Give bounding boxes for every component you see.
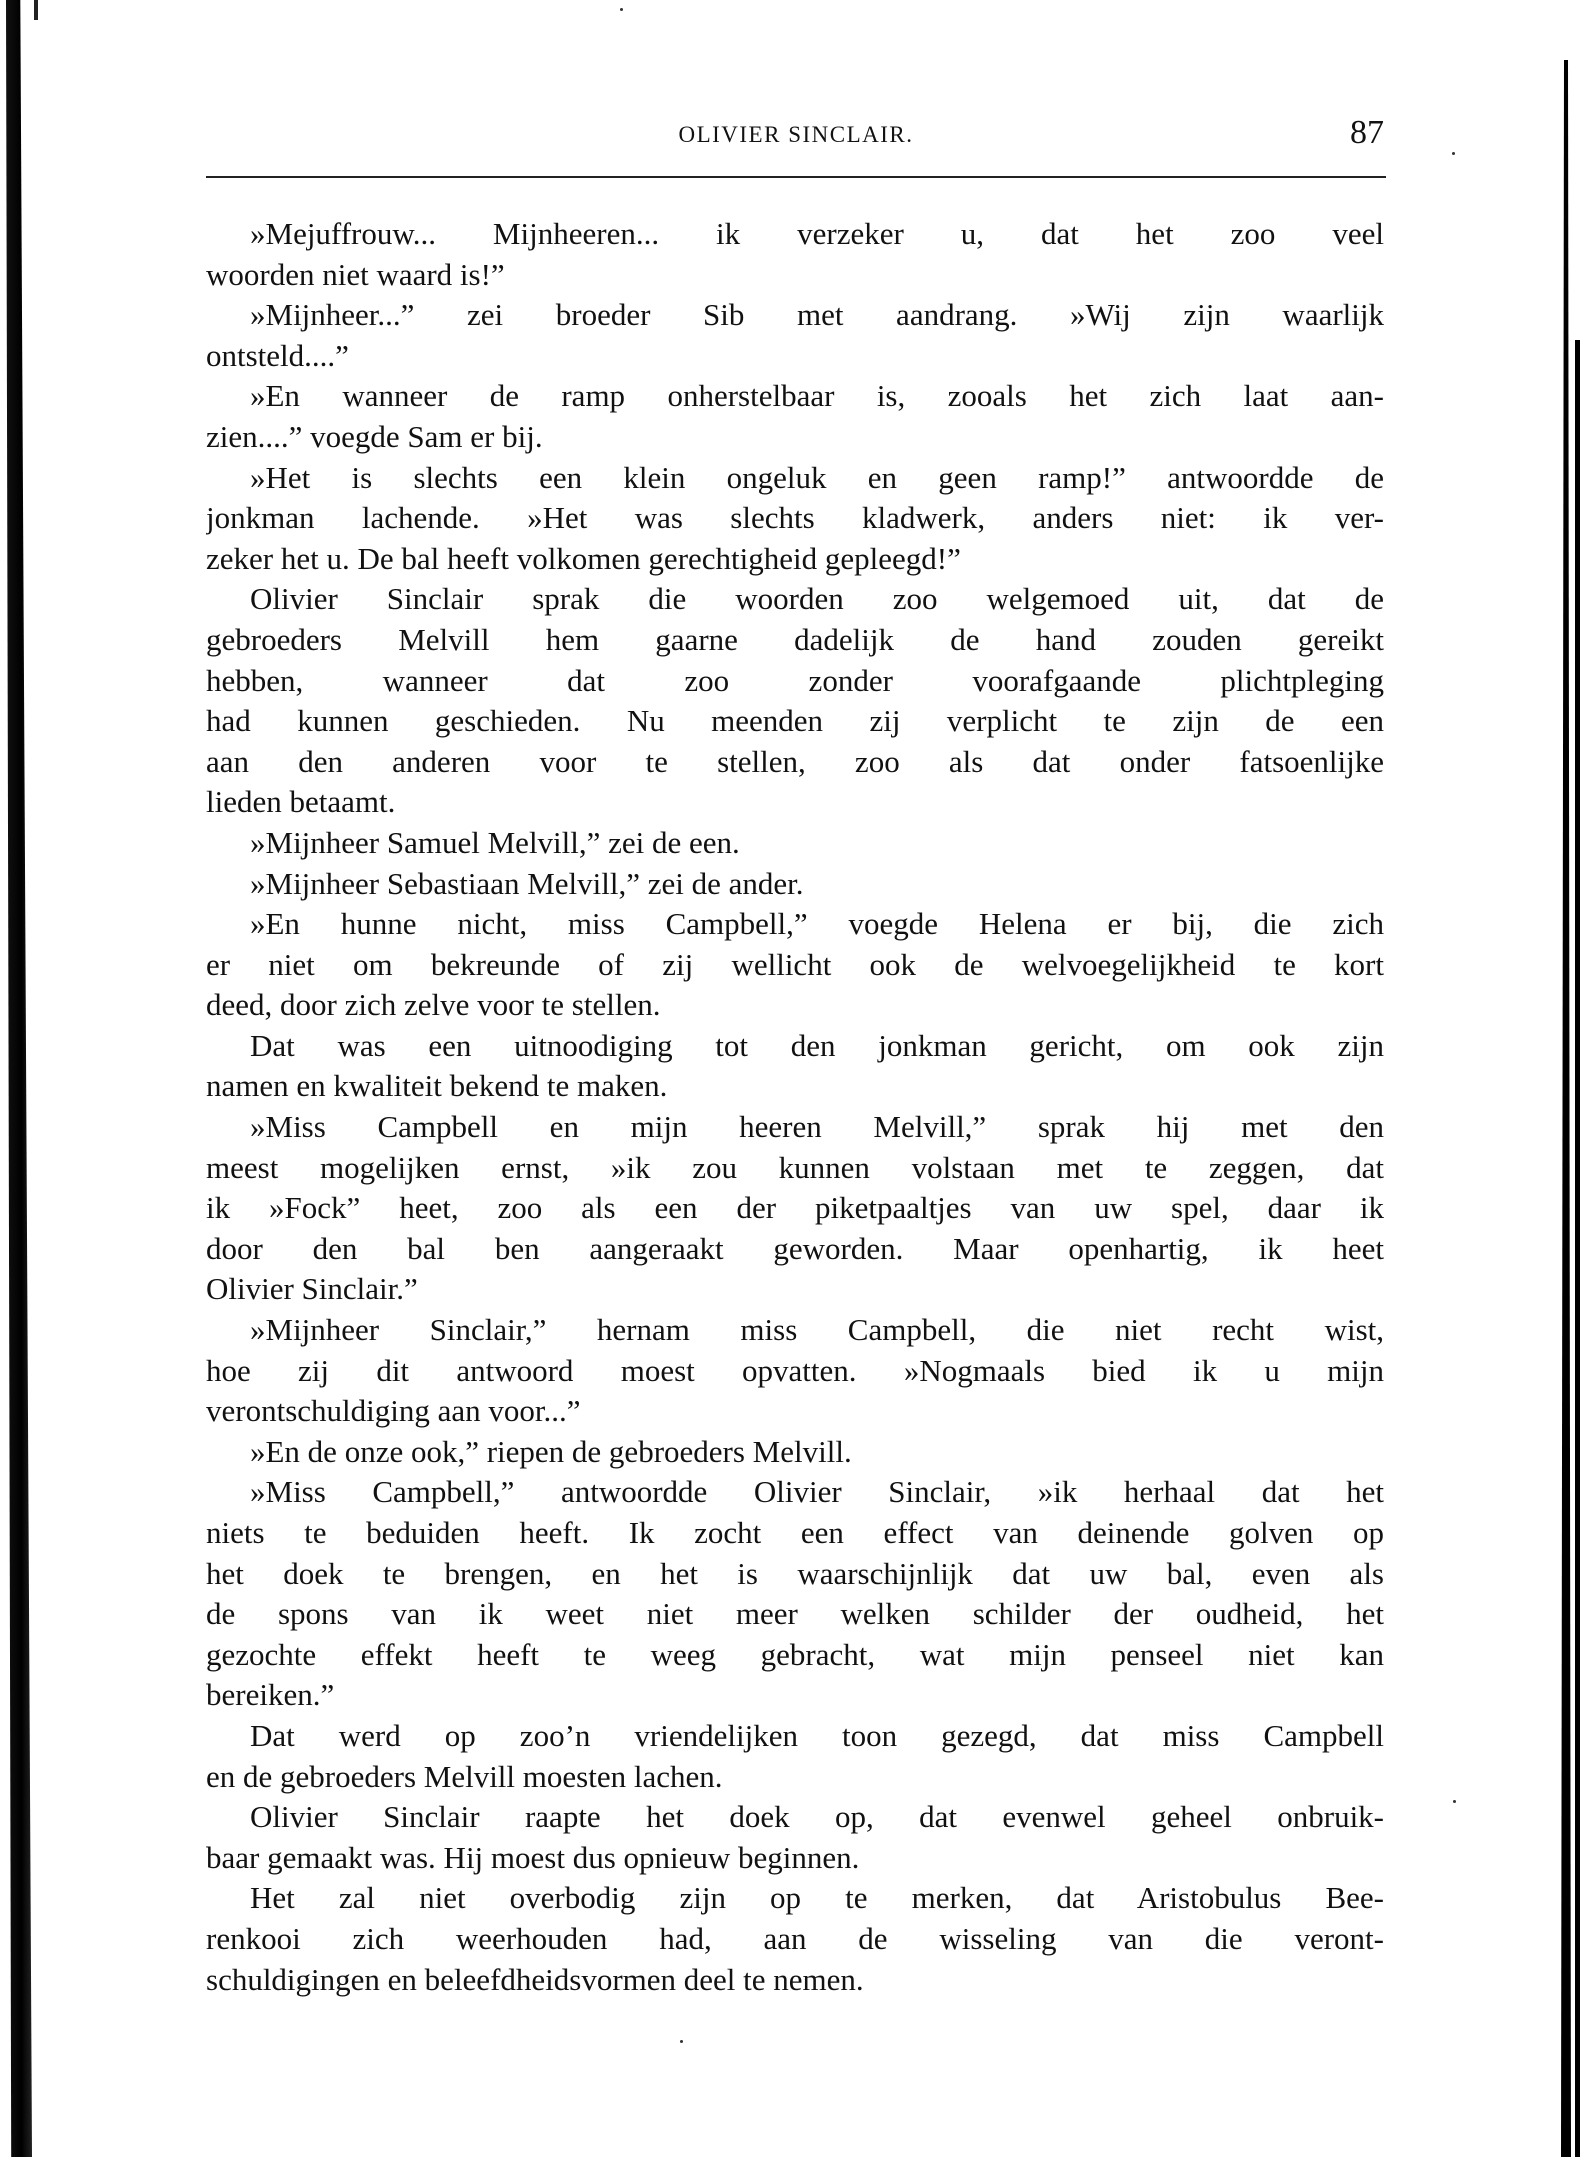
text-line: lieden betaamt. [206,782,1384,823]
text-line: »Mijnheer...” zei broeder Sib met aandra… [206,295,1384,336]
text-line: Dat werd op zoo’n vriendelijken toon gez… [206,1716,1384,1757]
text-line: Olivier Sinclair raapte het doek op, dat… [206,1797,1384,1838]
text-line: gebroeders Melvill hem gaarne dadelijk d… [206,620,1384,661]
text-line: »Het is slechts een klein ongeluk en gee… [206,458,1384,499]
text-line: hoe zij dit antwoord moest opvatten. »No… [206,1351,1384,1392]
running-head: OLIVIER SINCLAIR. 87 [206,122,1386,152]
page-edge-shadow-right-outer [1575,340,1580,2157]
text-line: de spons van ik weet niet meer welken sc… [206,1594,1384,1635]
body-text: »Mejuffrouw... Mijnheeren... ik verzeker… [206,214,1384,2000]
text-line: bereiken.” [206,1675,1384,1716]
text-line: renkooi zich weerhouden had, aan de wiss… [206,1919,1384,1960]
text-line: »Mijnheer Samuel Melvill,” zei de een. [206,823,1384,864]
running-title: OLIVIER SINCLAIR. [206,122,1386,148]
text-line: Olivier Sinclair.” [206,1269,1384,1310]
page-edge-shadow-right [1561,60,1571,2157]
text-line: en de gebroeders Melvill moesten lachen. [206,1757,1384,1798]
text-line: woorden niet waard is!” [206,255,1384,296]
header-rule [206,176,1386,178]
text-line: zeker het u. De bal heeft volkomen gerec… [206,539,1384,580]
text-line: Dat was een uitnoodiging tot den jonkman… [206,1026,1384,1067]
text-line: »En wanneer de ramp onherstelbaar is, zo… [206,376,1384,417]
text-line: namen en kwaliteit bekend te maken. [206,1066,1384,1107]
page-binding-shadow-left [6,0,32,2157]
scan-speck [680,2040,683,2043]
text-line: aan den anderen voor te stellen, zoo als… [206,742,1384,783]
text-line: ik »Fock” heet, zoo als een der piketpaa… [206,1188,1384,1229]
scan-speck [620,8,623,11]
text-line: deed, door zich zelve voor te stellen. [206,985,1384,1026]
text-line: Olivier Sinclair sprak die woorden zoo w… [206,579,1384,620]
text-line: »Miss Campbell en mijn heeren Melvill,” … [206,1107,1384,1148]
scan-speck [1452,152,1455,155]
text-line: »Mijnheer Sinclair,” hernam miss Campbel… [206,1310,1384,1351]
page-binding-edge [34,0,38,20]
text-line: Het zal niet overbodig zijn op te merken… [206,1878,1384,1919]
scan-speck [1453,1800,1456,1803]
text-line: meest mogelijken ernst, »ik zou kunnen v… [206,1148,1384,1189]
text-line: niets te beduiden heeft. Ik zocht een ef… [206,1513,1384,1554]
text-line: jonkman lachende. »Het was slechts kladw… [206,498,1384,539]
text-line: verontschuldiging aan voor...” [206,1391,1384,1432]
text-line: baar gemaakt was. Hij moest dus opnieuw … [206,1838,1384,1879]
text-line: had kunnen geschieden. Nu meenden zij ve… [206,701,1384,742]
text-line: hebben, wanneer dat zoo zonder voorafgaa… [206,661,1384,702]
page-number: 87 [1350,114,1384,152]
text-line: »Mijnheer Sebastiaan Melvill,” zei de an… [206,864,1384,905]
text-line: ontsteld....” [206,336,1384,377]
text-line: »En de onze ook,” riepen de gebroeders M… [206,1432,1384,1473]
text-line: zien....” voegde Sam er bij. [206,417,1384,458]
text-line: »Mejuffrouw... Mijnheeren... ik verzeker… [206,214,1384,255]
text-line: er niet om bekreunde of zij wellicht ook… [206,945,1384,986]
text-line: door den bal ben aangeraakt geworden. Ma… [206,1229,1384,1270]
text-line: gezochte effekt heeft te weeg gebracht, … [206,1635,1384,1676]
text-line: »Miss Campbell,” antwoordde Olivier Sinc… [206,1472,1384,1513]
text-line: het doek te brengen, en het is waarschij… [206,1554,1384,1595]
text-line: »En hunne nicht, miss Campbell,” voegde … [206,904,1384,945]
text-line: schuldigingen en beleefdheidsvormen deel… [206,1960,1384,2001]
